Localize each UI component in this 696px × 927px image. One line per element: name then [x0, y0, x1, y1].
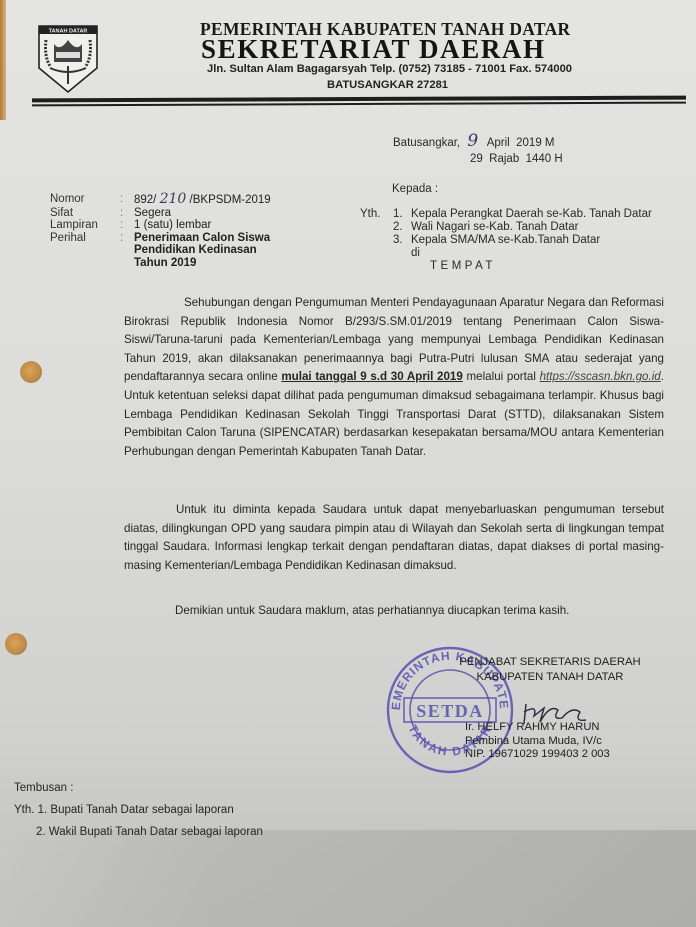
punch-hole-bottom [5, 633, 27, 655]
paper-edge [0, 0, 6, 120]
recipient-item: 1. Kepala Perangkat Daerah se-Kab. Tanah… [393, 208, 652, 221]
regency-crest-icon: TANAH DATAR [36, 22, 100, 94]
cc-heading: Tembusan : [14, 777, 263, 799]
svg-text:TANAH DATAR: TANAH DATAR [49, 29, 88, 35]
office-name: SEKRETARIAT DAERAH [201, 34, 546, 65]
recipient-list: 1. Kepala Perangkat Daerah se-Kab. Tanah… [393, 208, 652, 246]
meta-row-perihal: Perihal : Penerimaan Calon Siswa Pendidi… [50, 232, 271, 270]
office-address: Jln. Sultan Alam Bagagarsyah Telp. (0752… [207, 63, 572, 75]
carbon-copy: Tembusan : Yth. 1. Bupati Tanah Datar se… [14, 777, 263, 843]
meta-label: Nomor [50, 193, 120, 207]
meta-row-nomor: Nomor : 892/ 210 /BKPSDM-2019 [50, 193, 271, 207]
signatory-details: Ir. HELFY RAHMY HARUN Pembina Utama Muda… [465, 721, 610, 762]
signatory-nip: NIP. 19671029 199403 2 003 [465, 748, 610, 762]
office-city: BATUSANGKAR 27281 [327, 79, 448, 91]
letter-date: Batusangkar, 9 April 2019 M 29 Rajab 144… [393, 133, 563, 167]
signatory-title: PENJABAT SEKRETARIS DAERAH KABUPATEN TAN… [450, 655, 650, 685]
recipient-di: di [411, 247, 420, 259]
registration-period: mulai tanggal 9 s.d 30 April 2019 [281, 370, 462, 383]
meta-row-lampiran: Lampiran : 1 (satu) lembar [50, 219, 271, 232]
body-paragraph-3: Demikian untuk Saudara maklum, atas perh… [175, 602, 655, 621]
date-hijri: 29 Rajab 1440 H [393, 151, 563, 167]
date-month-year: April 2019 M [487, 137, 555, 149]
recipient-yth: Yth. [360, 208, 380, 220]
cc-item: Yth. 1. Bupati Tanah Datar sebagai lapor… [14, 799, 263, 821]
signatory-rank: Pembina Utama Muda, IV/c [465, 735, 610, 749]
punch-hole-top [20, 361, 42, 383]
paper-shadow [0, 830, 696, 927]
meta-row-sifat: Sifat : Segera [50, 207, 271, 220]
cc-item: 2. Wakil Bupati Tanah Datar sebagai lapo… [14, 821, 263, 843]
recipient-tempat: TEMPAT [430, 260, 496, 272]
meta-value: 892/ 210 /BKPSDM-2019 [134, 193, 271, 207]
date-place: Batusangkar, [393, 137, 460, 149]
body-paragraph-2: Untuk itu diminta kepada Saudara untuk d… [124, 501, 664, 575]
svg-text:SETDA: SETDA [416, 701, 484, 721]
date-day-handwritten: 9 [467, 131, 478, 151]
recipient-item: 2. Wali Nagari se-Kab. Tanah Datar [393, 221, 652, 234]
handwritten-number: 210 [160, 191, 187, 207]
portal-link[interactable]: https://sscasn.bkn.go.id [540, 370, 661, 383]
signatory-name: Ir. HELFY RAHMY HARUN [465, 721, 610, 735]
recipient-heading: Kepada : [392, 183, 438, 195]
letter-meta: Nomor : 892/ 210 /BKPSDM-2019 Sifat : Se… [50, 193, 271, 269]
header-rule-thin [32, 102, 686, 106]
recipient-item: 3. Kepala SMA/MA se-Kab.Tanah Datar [393, 234, 652, 247]
body-paragraph-1: Sehubungan dengan Pengumuman Menteri Pen… [124, 294, 664, 461]
